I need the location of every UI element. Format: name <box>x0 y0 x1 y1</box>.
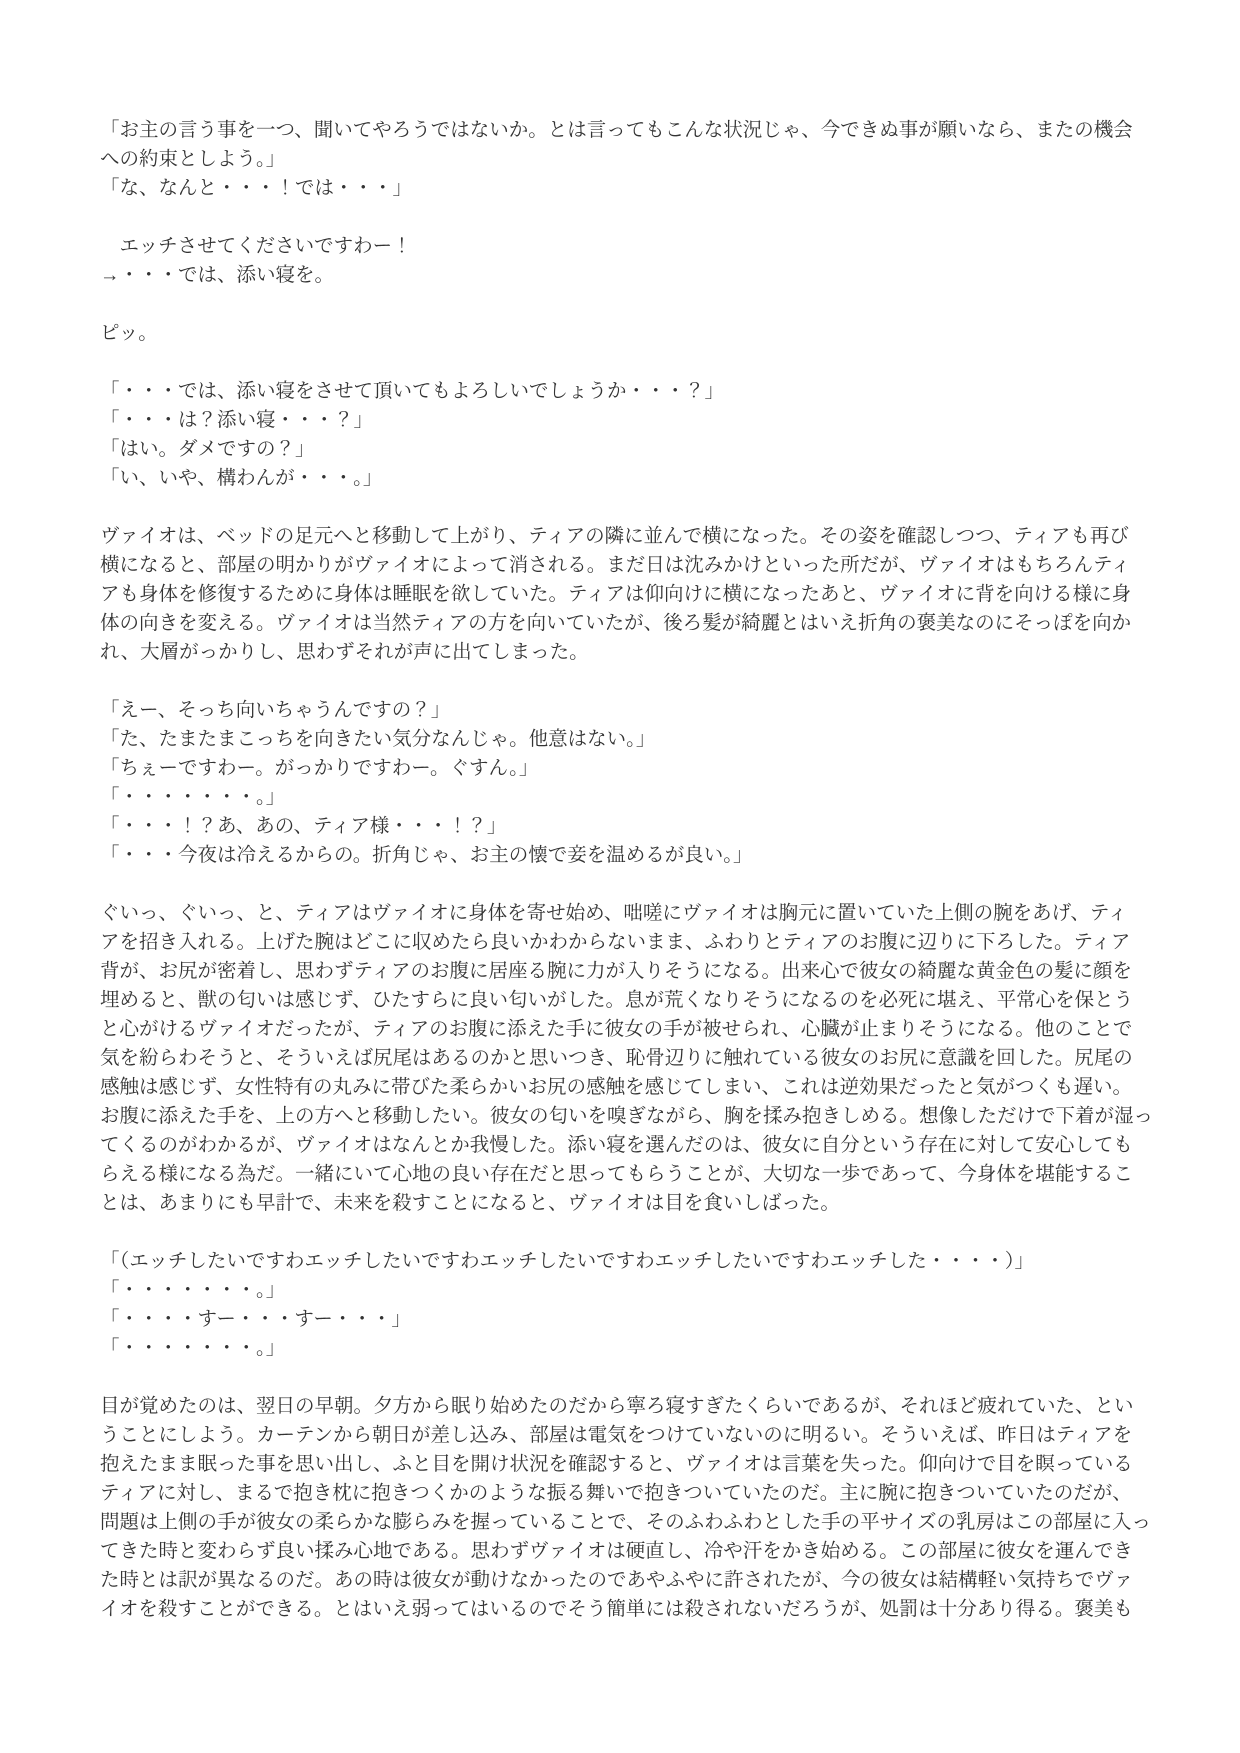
dialogue-block: 「（エッチしたいですわエッチしたいですわエッチしたいですわエッチしたいですわエッ… <box>100 1247 1160 1363</box>
text-line: 「ちぇーですわー。がっかりですわー。ぐすん。」 <box>100 754 1160 783</box>
text-line: と心がけるヴァイオだったが、ティアのお腹に添えた手に彼女の手が被せられ、心臓が止… <box>100 1015 1160 1044</box>
text-line: への約束としよう。」 <box>100 145 1160 174</box>
text-line: 「（エッチしたいですわエッチしたいですわエッチしたいですわエッチしたいですわエッ… <box>100 1247 1160 1276</box>
dialogue-block: 「・・・では、添い寝をさせて頂いてもよろしいでしょうか・・・？」「・・・は？添い… <box>100 377 1160 493</box>
narration-block: 目が覚めたのは、翌日の早朝。夕方から眠り始めたのだから寧ろ寝すぎたくらいであるが… <box>100 1392 1160 1624</box>
text-line: 気を紛らわそうと、そういえば尻尾はあるのかと思いつき、恥骨辺りに触れている彼女の… <box>100 1044 1160 1073</box>
narration-block: ヴァイオは、ベッドの足元へと移動して上がり、ティアの隣に並んで横になった。その姿… <box>100 522 1160 667</box>
text-line: ティアに対し、まるで抱き枕に抱きつくかのような振る舞いで抱きついていたのだ。主に… <box>100 1479 1160 1508</box>
text-line: 「はい。ダメですの？」 <box>100 435 1160 464</box>
novel-text-page: 「お主の言う事を一つ、聞いてやろうではないか。とは言ってもこんな状況じゃ、今でき… <box>100 116 1160 1624</box>
text-line: 「・・・・すー・・・すー・・・」 <box>100 1305 1160 1334</box>
page-background: { "page": { "background_color": "#ffffff… <box>0 0 1240 1753</box>
text-line: 感触は感じず、女性特有の丸みに帯びた柔らかいお尻の感触を感じてしまい、これは逆効… <box>100 1073 1160 1102</box>
text-line: アも身体を修復するために身体は睡眠を欲していた。ティアは仰向けに横になったあと、… <box>100 580 1160 609</box>
text-line: ピッ。 <box>100 319 1160 348</box>
text-line: 埋めると、獣の匂いは感じず、ひたすらに良い匂いがした。息が荒くなりそうになるのを… <box>100 986 1160 1015</box>
text-line: 「・・・・・・・。」 <box>100 783 1160 812</box>
text-line: 「・・・・・・・。」 <box>100 1276 1160 1305</box>
text-line: 「・・・！？あ、あの、ティア様・・・！？」 <box>100 812 1160 841</box>
text-line: れ、大層がっかりし、思わずそれが声に出てしまった。 <box>100 638 1160 667</box>
narration-block: ぐいっ、ぐいっ、と、ティアはヴァイオに身体を寄せ始め、咄嗟にヴァイオは胸元に置い… <box>100 899 1160 1218</box>
dialogue-block: 「えー、そっち向いちゃうんですの？」「た、たまたまこっちを向きたい気分なんじゃ。… <box>100 696 1160 870</box>
text-line: うことにしよう。カーテンから朝日が差し込み、部屋は電気をつけていないのに明るい。… <box>100 1421 1160 1450</box>
text-line: 「・・・・・・・。」 <box>100 1334 1160 1363</box>
text-line: てきた時と変わらず良い揉み心地である。思わずヴァイオは硬直し、冷や汗をかき始める… <box>100 1537 1160 1566</box>
text-line: 「・・・では、添い寝をさせて頂いてもよろしいでしょうか・・・？」 <box>100 377 1160 406</box>
text-line: た時とは訳が異なるのだ。あの時は彼女が動けなかったのであやふやに許されたが、今の… <box>100 1566 1160 1595</box>
text-line: 抱えたまま眠った事を思い出し、ふと目を開け状況を確認すると、ヴァイオは言葉を失っ… <box>100 1450 1160 1479</box>
text-line: とは、あまりにも早計で、未来を殺すことになると、ヴァイオは目を食いしばった。 <box>100 1189 1160 1218</box>
text-line: てくるのがわかるが、ヴァイオはなんとか我慢した。添い寝を選んだのは、彼女に自分と… <box>100 1131 1160 1160</box>
text-line: 問題は上側の手が彼女の柔らかな膨らみを握っていることで、そのふわふわとした手の平… <box>100 1508 1160 1537</box>
text-line: ヴァイオは、ベッドの足元へと移動して上がり、ティアの隣に並んで横になった。その姿… <box>100 522 1160 551</box>
text-line: 目が覚めたのは、翌日の早朝。夕方から眠り始めたのだから寧ろ寝すぎたくらいであるが… <box>100 1392 1160 1421</box>
text-line: イオを殺すことができる。とはいえ弱ってはいるのでそう簡単には殺されないだろうが、… <box>100 1595 1160 1624</box>
text-line: 「・・・は？添い寝・・・？」 <box>100 406 1160 435</box>
text-line: 「た、たまたまこっちを向きたい気分なんじゃ。他意はない。」 <box>100 725 1160 754</box>
text-line: らえる様になる為だ。一緒にいて心地の良い存在だと思ってもらうことが、大切な一歩で… <box>100 1160 1160 1189</box>
text-line: エッチさせてくださいですわー！ <box>100 232 1160 261</box>
text-line: アを招き入れる。上げた腕はどこに収めたら良いかわからないまま、ふわりとティアのお… <box>100 928 1160 957</box>
dialogue-block: 「お主の言う事を一つ、聞いてやろうではないか。とは言ってもこんな状況じゃ、今でき… <box>100 116 1160 203</box>
text-line: 「い、いや、構わんが・・・。」 <box>100 464 1160 493</box>
text-line: お腹に添えた手を、上の方へと移動したい。彼女の匂いを嗅ぎながら、胸を揉み抱きしめ… <box>100 1102 1160 1131</box>
text-line: 「えー、そっち向いちゃうんですの？」 <box>100 696 1160 725</box>
text-line: 横になると、部屋の明かりがヴァイオによって消される。まだ日は沈みかけといった所だ… <box>100 551 1160 580</box>
text-line: 「・・・今夜は冷えるからの。折角じゃ、お主の懐で妾を温めるが良い。」 <box>100 841 1160 870</box>
text-line: 「な、なんと・・・！では・・・」 <box>100 174 1160 203</box>
text-line: ぐいっ、ぐいっ、と、ティアはヴァイオに身体を寄せ始め、咄嗟にヴァイオは胸元に置い… <box>100 899 1160 928</box>
choice-block: エッチさせてくださいですわー！→・・・では、添い寝を。 <box>100 232 1160 290</box>
sound-effect-block: ピッ。 <box>100 319 1160 348</box>
text-line: 背が、お尻が密着し、思わずティアのお腹に居座る腕に力が入りそうになる。出来心で彼… <box>100 957 1160 986</box>
text-line: 「お主の言う事を一つ、聞いてやろうではないか。とは言ってもこんな状況じゃ、今でき… <box>100 116 1160 145</box>
text-line: →・・・では、添い寝を。 <box>100 261 1160 290</box>
text-line: 体の向きを変える。ヴァイオは当然ティアの方を向いていたが、後ろ髪が綺麗とはいえ折… <box>100 609 1160 638</box>
